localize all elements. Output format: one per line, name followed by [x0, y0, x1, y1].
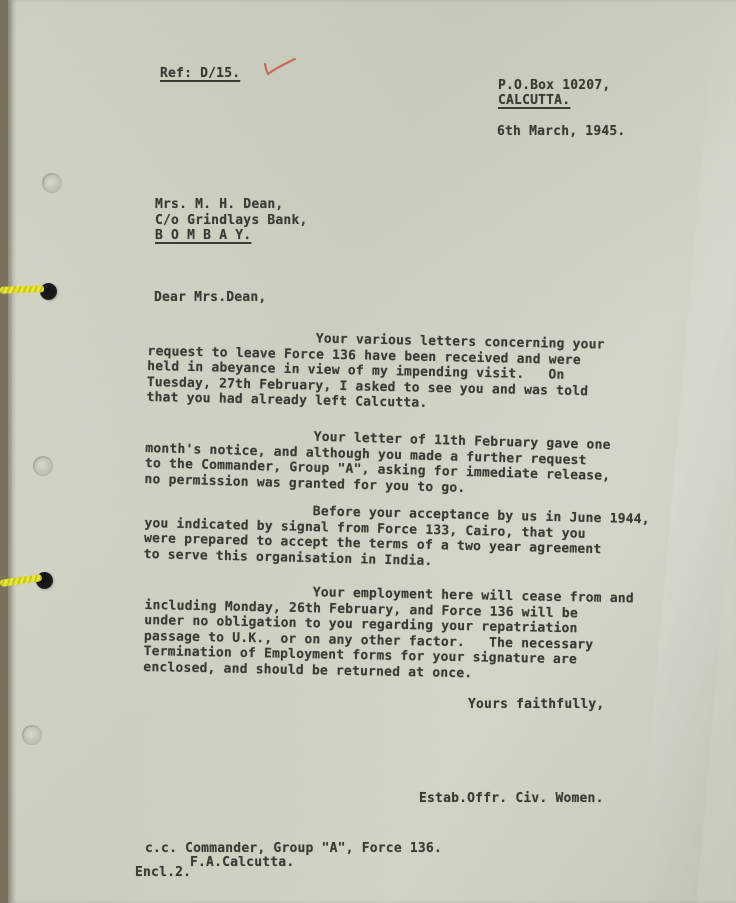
salutation: Dear Mrs.Dean,: [154, 290, 266, 305]
recipient-city: B O M B A Y.: [155, 228, 251, 243]
sender-po-box: P.O.Box 10207,: [498, 78, 610, 93]
letter-date: 6th March, 1945.: [497, 124, 625, 139]
cc-line: c.c. Commander, Group "A", Force 136.: [145, 841, 442, 856]
cc-location: F.A.Calcutta.: [190, 855, 294, 870]
letter-text: Ref: D/15. P.O.Box 10207, CALCUTTA. 6th …: [0, 0, 736, 903]
recipient-name: Mrs. M. H. Dean,: [155, 197, 283, 212]
paragraph-2: Your letter of 11th February gave one mo…: [144, 425, 611, 500]
signature-title: Estab.Offr. Civ. Women.: [419, 791, 604, 806]
paragraph-1: Your various letters concerning your req…: [146, 328, 604, 415]
document-photo: Ref: D/15. P.O.Box 10207, CALCUTTA. 6th …: [0, 0, 736, 903]
enclosure-note: Encl.2.: [135, 865, 191, 880]
reference-number: Ref: D/15.: [160, 66, 240, 81]
paragraph-4: Your employment here will cease from and…: [143, 582, 634, 684]
sender-city: CALCUTTA.: [498, 93, 570, 108]
closing: Yours faithfully,: [468, 697, 604, 712]
recipient-bank: C/o Grindlays Bank,: [155, 213, 308, 228]
paragraph-3: Before your acceptance by us in June 194…: [143, 500, 649, 574]
